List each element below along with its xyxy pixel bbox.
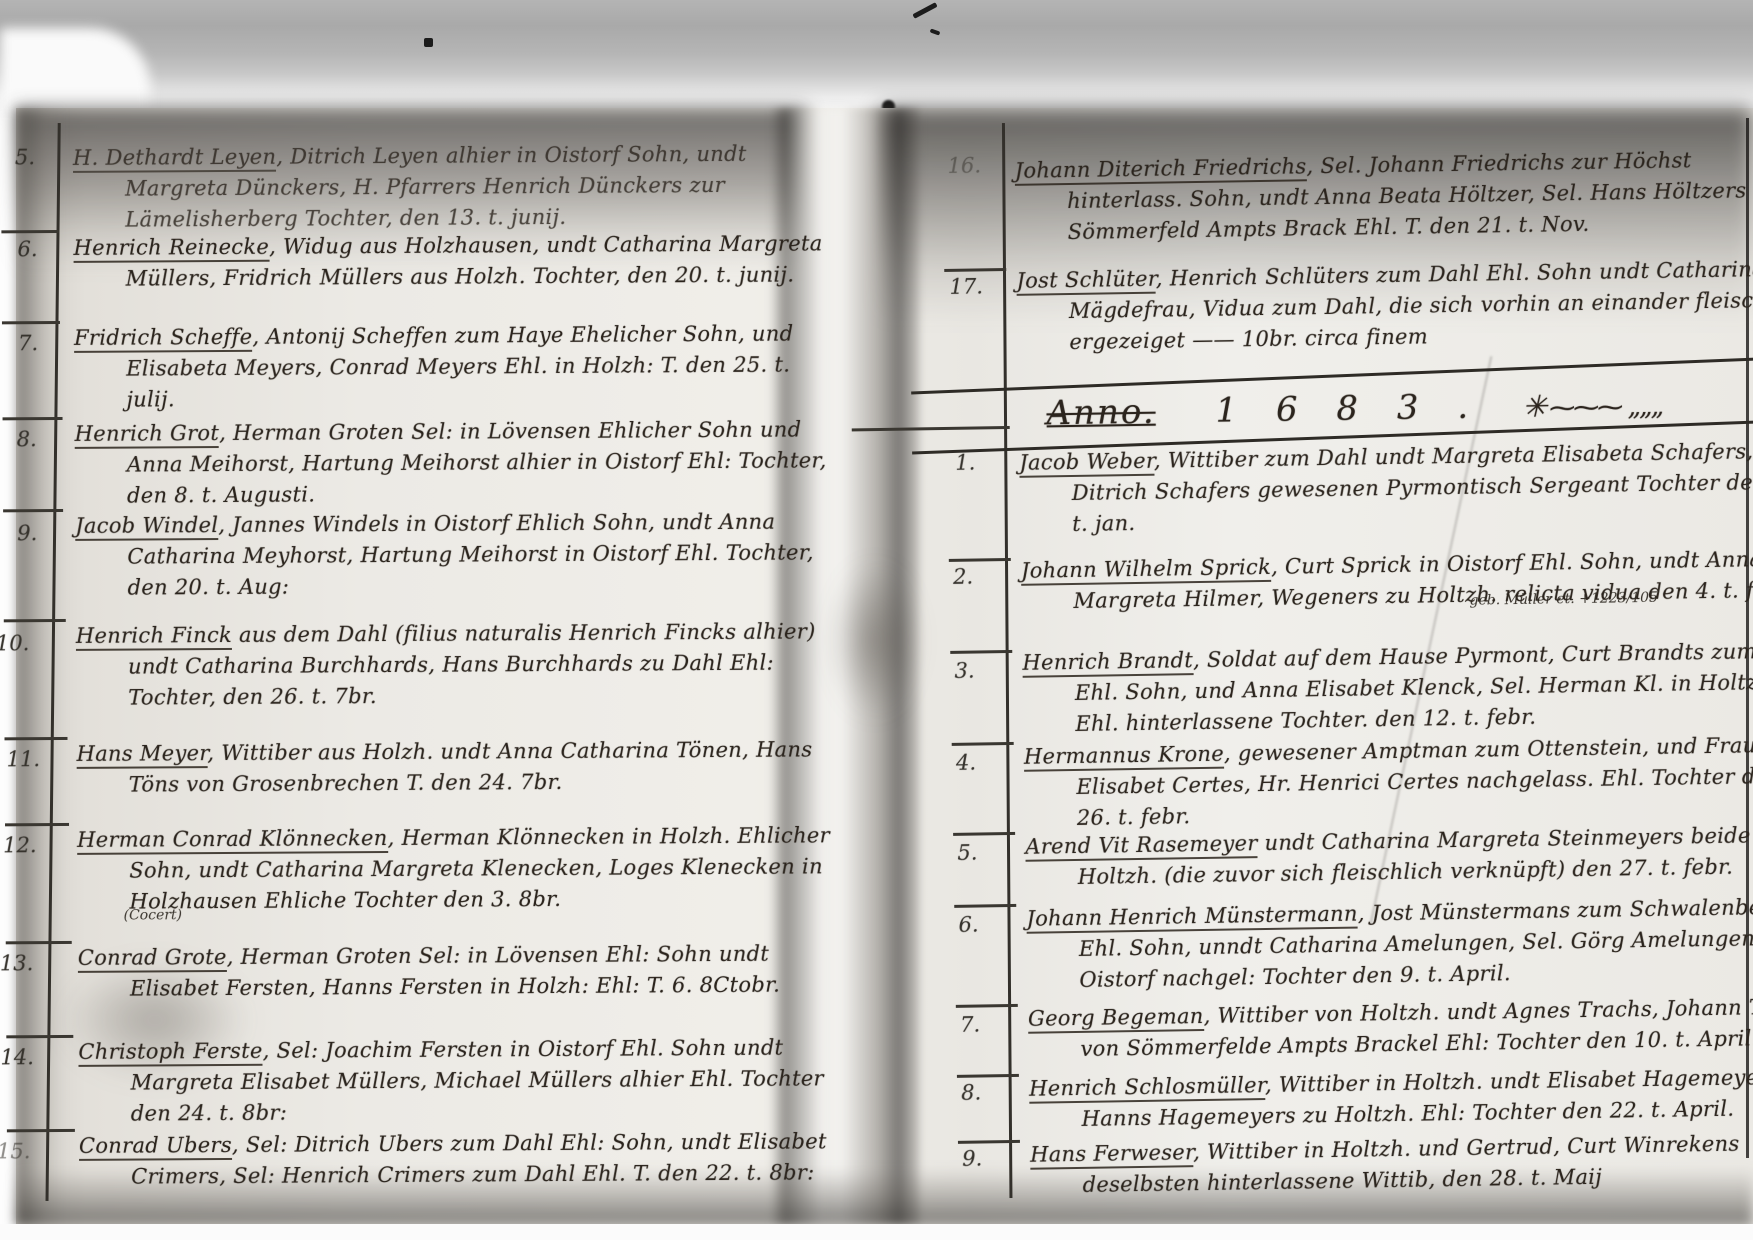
entry-text: , Jannes Windels in Oistorf Ehlich Sohn,… bbox=[127, 510, 813, 600]
entry-divider-tick bbox=[7, 1129, 75, 1132]
register-entry: Conrad Grote, Herman Groten Sel: in Löve… bbox=[78, 938, 846, 1005]
groom-name: Christoph Ferste bbox=[78, 1039, 262, 1067]
asterisk-flourish-icon: ✳ bbox=[1522, 389, 1550, 424]
register-entry: Hermannus Krone, gewesener Amptman zum O… bbox=[1024, 729, 1753, 835]
register-entry: Jacob Windel, Jannes Windels in Oistorf … bbox=[75, 506, 844, 604]
entry-number: 3. bbox=[954, 659, 974, 683]
entry-divider-tick bbox=[5, 823, 69, 826]
groom-name: Jacob Windel bbox=[75, 513, 218, 541]
groom-name: Henrich Grot bbox=[75, 421, 220, 449]
register-entry: Jacob Weber, Wittiber zum Dahl undt Marg… bbox=[1019, 435, 1753, 541]
entry-number: 15. bbox=[0, 1139, 30, 1163]
register-entry: H. Dethardt Leyen, Ditrich Leyen alhier … bbox=[73, 138, 842, 236]
entry-number: 14. bbox=[0, 1045, 34, 1069]
groom-name: H. Dethardt Leyen bbox=[73, 145, 276, 173]
scanned-register-page: 5. 6. 7. 8. 9. 10. 11. 12. 13. 14. 15. H… bbox=[0, 0, 1753, 1240]
groom-name: Henrich Reinecke bbox=[73, 235, 269, 263]
register-entry: Arend Vit Rasemeyer undt Catharina Margr… bbox=[1025, 819, 1753, 894]
register-entry: Hans Meyer, Wittiber aus Holzh. undt Ann… bbox=[76, 734, 844, 801]
register-entry: Herman Conrad Klönnecken, Herman Klönnec… bbox=[77, 820, 846, 918]
entry-number: 5. bbox=[957, 841, 977, 865]
register-entry: Henrich Schlosmüller, Wittiber in Holtzh… bbox=[1029, 1061, 1753, 1136]
entry-divider-tick bbox=[4, 619, 66, 622]
entry-divider-tick bbox=[2, 321, 60, 324]
entry-number: 1. bbox=[955, 451, 975, 475]
groom-name: Henrich Brandt bbox=[1022, 648, 1193, 678]
groom-name: Henrich Finck bbox=[76, 623, 232, 651]
scanner-white-corner bbox=[0, 28, 150, 118]
entry-number: 10. bbox=[0, 631, 29, 655]
groom-name: Jost Schlüter bbox=[1016, 267, 1156, 296]
register-entry: Henrich Brandt, Soldat auf dem Hause Pyr… bbox=[1022, 635, 1753, 741]
entry-divider-tick bbox=[3, 509, 63, 512]
groom-name: Georg Begeman bbox=[1028, 1004, 1204, 1034]
entry-number: 11. bbox=[7, 747, 41, 771]
entry-number: 4. bbox=[956, 751, 976, 775]
groom-name: Hans Ferweser bbox=[1030, 1140, 1193, 1170]
entry-text: aus dem Dahl (filius naturalis Henrich F… bbox=[128, 619, 816, 709]
entry-text: , Wittiber aus Holzh. undt Anna Catharin… bbox=[129, 737, 813, 796]
entry-number: 7. bbox=[960, 1012, 980, 1036]
year-number: 1 6 8 3 . bbox=[1215, 387, 1482, 431]
register-entry: Conrad Ubers, Sel: Ditrich Ubers zum Dah… bbox=[79, 1126, 847, 1193]
groom-name: Johann Diterich Friedrichs bbox=[1015, 154, 1307, 186]
groom-name: Fridrich Scheffe bbox=[74, 325, 253, 353]
entry-number: 6. bbox=[17, 237, 37, 261]
register-entry: Henrich Finck aus dem Dahl (filius natur… bbox=[76, 616, 845, 714]
register-entry: Johann Diterich Friedrichs, Sel. Johann … bbox=[1014, 143, 1753, 249]
groom-name: Johann Wilhelm Sprick bbox=[1021, 555, 1272, 586]
entry-number: 9. bbox=[962, 1146, 982, 1170]
groom-name: Johann Henrich Münstermann bbox=[1026, 902, 1358, 934]
entry-number: 8. bbox=[17, 427, 37, 451]
groom-name: Conrad Grote bbox=[78, 945, 227, 973]
entry-divider-tick bbox=[6, 1035, 73, 1038]
entry-text: , Herman Groten Sel: in Lövensen Ehl: So… bbox=[130, 942, 780, 1001]
groom-name: Hermannus Krone bbox=[1024, 742, 1224, 772]
entry-number: 13. bbox=[0, 951, 33, 975]
entry-number: 12. bbox=[3, 833, 37, 857]
register-entry: Jost Schlüter, Henrich Schlüters zum Dah… bbox=[1016, 253, 1753, 359]
entry-divider-tick bbox=[1, 230, 59, 233]
ink-speck-mark bbox=[424, 38, 433, 47]
entry-text: , Sel: Ditrich Ubers zum Dahl Ehl: Sohn,… bbox=[131, 1129, 827, 1188]
entry-number: 6. bbox=[958, 913, 978, 937]
groom-name: Conrad Ubers bbox=[79, 1133, 232, 1161]
register-entry: Johann Wilhelm Sprick, Curt Sprick in Oi… bbox=[1021, 543, 1753, 618]
register-entry: Hans Ferweser, Wittiber in Holtzh. und G… bbox=[1030, 1127, 1753, 1202]
entry-divider-tick bbox=[4, 737, 67, 740]
groom-name: Henrich Schlosmüller bbox=[1029, 1073, 1265, 1104]
entry-divider-tick bbox=[3, 417, 63, 420]
register-entry: Henrich Grot, Herman Groten Sel: in Löve… bbox=[75, 414, 844, 512]
groom-name: Arend Vit Rasemeyer bbox=[1025, 831, 1258, 862]
register-entry: Christoph Ferste, Sel: Joachim Fersten i… bbox=[78, 1032, 847, 1130]
groom-name: Hans Meyer bbox=[77, 741, 208, 769]
register-entry: Henrich Reinecke, Widug aus Holzhausen, … bbox=[73, 228, 841, 295]
scanner-bottom-strip bbox=[0, 1224, 1753, 1240]
entry-number: 17. bbox=[949, 274, 983, 299]
register-entry: Fridrich Scheffe, Antonij Scheffen zum H… bbox=[74, 318, 843, 416]
entry-text: , Wittiber zum Dahl undt Margreta Elisab… bbox=[1072, 439, 1753, 536]
groom-name: Herman Conrad Klönnecken bbox=[77, 826, 388, 855]
entry-number: 9. bbox=[17, 521, 37, 545]
entry-number: 5. bbox=[15, 145, 35, 169]
entry-number: 16. bbox=[947, 153, 981, 178]
entry-divider-tick bbox=[6, 941, 72, 944]
entry-text: , Herman Groten Sel: in Lövensen Ehliche… bbox=[127, 417, 827, 507]
groom-name: Jacob Weber bbox=[1019, 449, 1154, 478]
entry-number: 2. bbox=[953, 565, 973, 589]
register-entry: Georg Begeman, Wittiber von Holtzh. undt… bbox=[1028, 991, 1753, 1066]
ribbon-flourish-icon: ⁓⁓⁓ „„„ bbox=[1549, 392, 1662, 424]
entry-number: 7. bbox=[18, 331, 38, 355]
entry-text: , Henrich Schlüters zum Dahl Ehl. Sohn u… bbox=[1069, 257, 1753, 354]
anno-word: Anno. bbox=[1046, 392, 1156, 434]
entry-number: 8. bbox=[961, 1080, 981, 1104]
register-entry: Johann Henrich Münstermann, Jost Münster… bbox=[1026, 891, 1753, 997]
scanner-edge-band bbox=[0, 0, 1753, 118]
